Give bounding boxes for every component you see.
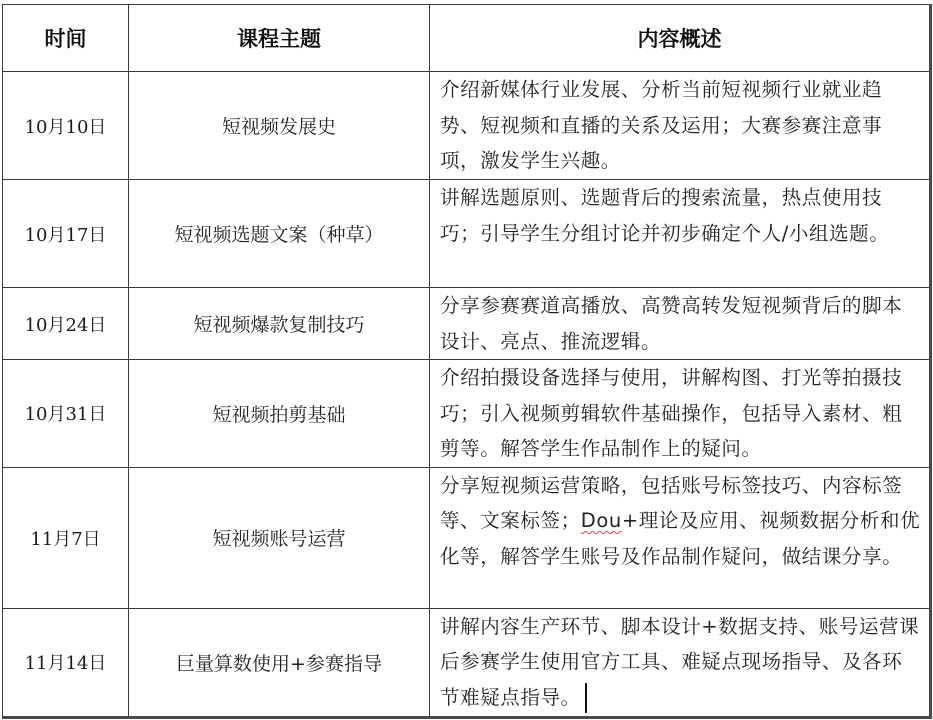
table-row: 10月24日 短视频爆款复制技巧 分享参赛赛道高播放、高赞高转发短视频背后的脚本… xyxy=(3,288,931,360)
content-cell[interactable]: 讲解内容生产环节、脚本设计+数据支持、账号运营课后参赛学生使用官方工具、难疑点现… xyxy=(430,608,931,717)
date-cell[interactable]: 10月17日 xyxy=(3,180,129,288)
topic-cell[interactable]: 短视频拍剪基础 xyxy=(129,360,430,468)
course-schedule-table: 时间 课程主题 内容概述 10月10日 短视频发展史 介绍新媒体行业发展、分析当… xyxy=(2,4,932,719)
spellcheck-flagged-word[interactable]: Dou xyxy=(581,509,622,532)
content-cell[interactable]: 介绍新媒体行业发展、分析当前短视频行业就业趋势、短视频和直播的关系及运用；大赛参… xyxy=(430,72,931,180)
text-cursor xyxy=(585,683,587,713)
content-cell[interactable]: 分享短视频运营策略，包括账号标签技巧、内容标签等、文案标签；Dou+理论及应用、… xyxy=(430,467,931,608)
header-topic: 课程主题 xyxy=(129,5,430,72)
date-cell[interactable]: 10月24日 xyxy=(3,288,129,360)
topic-cell[interactable]: 短视频账号运营 xyxy=(129,467,430,608)
table-row: 10月10日 短视频发展史 介绍新媒体行业发展、分析当前短视频行业就业趋势、短视… xyxy=(3,72,931,180)
table-row: 11月14日 巨量算数使用+参赛指导 讲解内容生产环节、脚本设计+数据支持、账号… xyxy=(3,608,931,717)
topic-cell[interactable]: 短视频爆款复制技巧 xyxy=(129,288,430,360)
header-date: 时间 xyxy=(3,5,129,72)
date-cell[interactable]: 10月31日 xyxy=(3,360,129,468)
table-row: 10月31日 短视频拍剪基础 介绍拍摄设备选择与使用，讲解构图、打光等拍摄技巧；… xyxy=(3,360,931,468)
content-text: 讲解内容生产环节、脚本设计+数据支持、账号运营课后参赛学生使用官方工具、难疑点现… xyxy=(440,615,919,709)
date-cell[interactable]: 11月14日 xyxy=(3,608,129,717)
topic-cell[interactable]: 巨量算数使用+参赛指导 xyxy=(129,608,430,717)
topic-cell[interactable]: 短视频发展史 xyxy=(129,72,430,180)
header-content: 内容概述 xyxy=(430,5,931,72)
topic-cell[interactable]: 短视频选题文案（种草） xyxy=(129,180,430,288)
table-row: 11月7日 短视频账号运营 分享短视频运营策略，包括账号标签技巧、内容标签等、文… xyxy=(3,467,931,608)
header-row: 时间 课程主题 内容概述 xyxy=(3,5,931,72)
content-cell[interactable]: 分享参赛赛道高播放、高赞高转发短视频背后的脚本设计、亮点、推流逻辑。 xyxy=(430,288,931,360)
date-cell[interactable]: 11月7日 xyxy=(3,467,129,608)
content-cell[interactable]: 讲解选题原则、选题背后的搜索流量，热点使用技巧；引导学生分组讨论并初步确定个人/… xyxy=(430,180,931,288)
table-row: 10月17日 短视频选题文案（种草） 讲解选题原则、选题背后的搜索流量，热点使用… xyxy=(3,180,931,288)
date-cell[interactable]: 10月10日 xyxy=(3,72,129,180)
content-cell[interactable]: 介绍拍摄设备选择与使用，讲解构图、打光等拍摄技巧；引入视频剪辑软件基础操作，包括… xyxy=(430,360,931,468)
